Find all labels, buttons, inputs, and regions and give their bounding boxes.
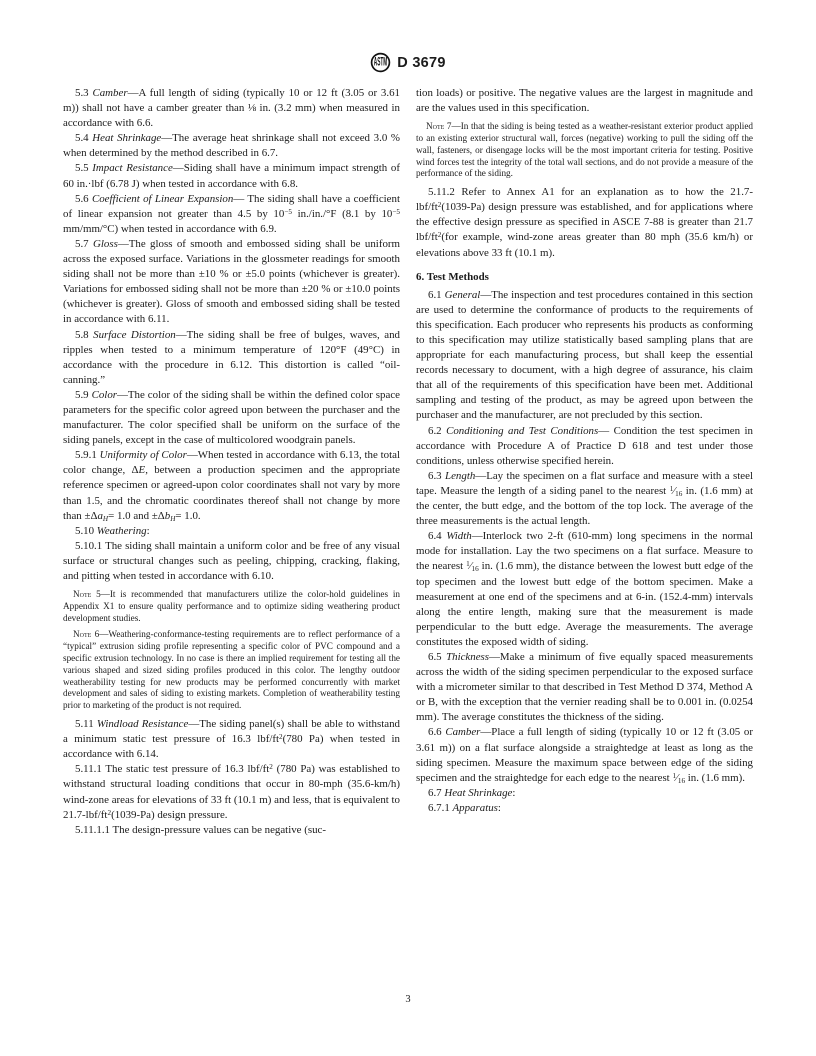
section-5-11-1-1-continuation: tion loads) or positive. The negative va… [416,86,753,116]
page-number: 3 [405,994,410,1005]
section-6-7-1: 6.7.1 Apparatus: [416,801,753,816]
section-5-10: 5.10 Weathering: [63,524,400,539]
document-header: ASTM D 3679 [0,52,816,73]
left-column: 5.3 Camber—A full length of siding (typi… [63,86,400,838]
astm-logo-icon: ASTM [370,52,391,73]
section-5-11-2: 5.11.2 Refer to Annex A1 for an explanat… [416,185,753,260]
right-column: tion loads) or positive. The negative va… [416,86,753,838]
section-6-3: 6.3 Length—Lay the specimen on a flat su… [416,469,753,529]
note-5: Note 5—It is recommended that manufactur… [63,589,400,624]
heading-6-test-methods: 6. Test Methods [416,270,753,285]
document-page: ASTM D 3679 5.3 Camber—A full length of … [0,0,816,1056]
section-6-2: 6.2 Conditioning and Test Conditions— Co… [416,424,753,469]
section-5-11: 5.11 Windload Resistance—The siding pane… [63,717,400,762]
section-5-11-1-1: 5.11.1.1 The design-pressure values can … [63,823,400,838]
section-5-10-1: 5.10.1 The siding shall maintain a unifo… [63,539,400,584]
section-5-9: 5.9 Color—The color of the siding shall … [63,388,400,448]
section-6-7: 6.7 Heat Shrinkage: [416,786,753,801]
astm-logo-text: ASTM [374,55,387,68]
section-6-6: 6.6 Camber—Place a full length of siding… [416,725,753,785]
section-5-6: 5.6 Coefficient of Linear Expansion— The… [63,192,400,237]
note-7: Note 7—In that the siding is being teste… [416,121,753,180]
page-footer: 3 [0,994,816,1005]
note-6: Note 6—Weathering-conformance-testing re… [63,629,400,712]
section-5-4: 5.4 Heat Shrinkage—The average heat shri… [63,131,400,161]
section-5-5: 5.5 Impact Resistance—Siding shall have … [63,161,400,191]
two-column-body: 5.3 Camber—A full length of siding (typi… [63,86,753,838]
section-5-8: 5.8 Surface Distortion—The siding shall … [63,328,400,388]
section-5-11-1: 5.11.1 The static test pressure of 16.3 … [63,762,400,822]
section-5-7: 5.7 Gloss—The gloss of smooth and emboss… [63,237,400,328]
section-6-5: 6.5 Thickness—Make a minimum of five equ… [416,650,753,725]
section-5-9-1: 5.9.1 Uniformity of Color—When tested in… [63,448,400,523]
section-5-3: 5.3 Camber—A full length of siding (typi… [63,86,400,131]
section-6-1: 6.1 General—The inspection and test proc… [416,288,753,424]
designation-number: D 3679 [397,55,446,71]
section-6-4: 6.4 Width—Interlock two 2-ft (610-mm) lo… [416,529,753,650]
